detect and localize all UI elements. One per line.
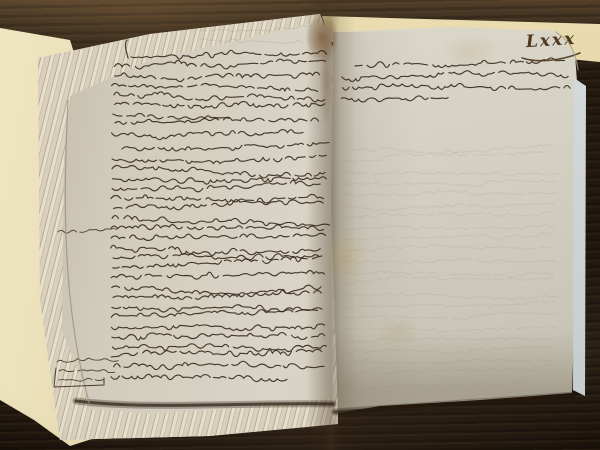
photo-vignette (0, 0, 600, 450)
photo-open-manuscript-book: Lxxx (0, 0, 600, 450)
